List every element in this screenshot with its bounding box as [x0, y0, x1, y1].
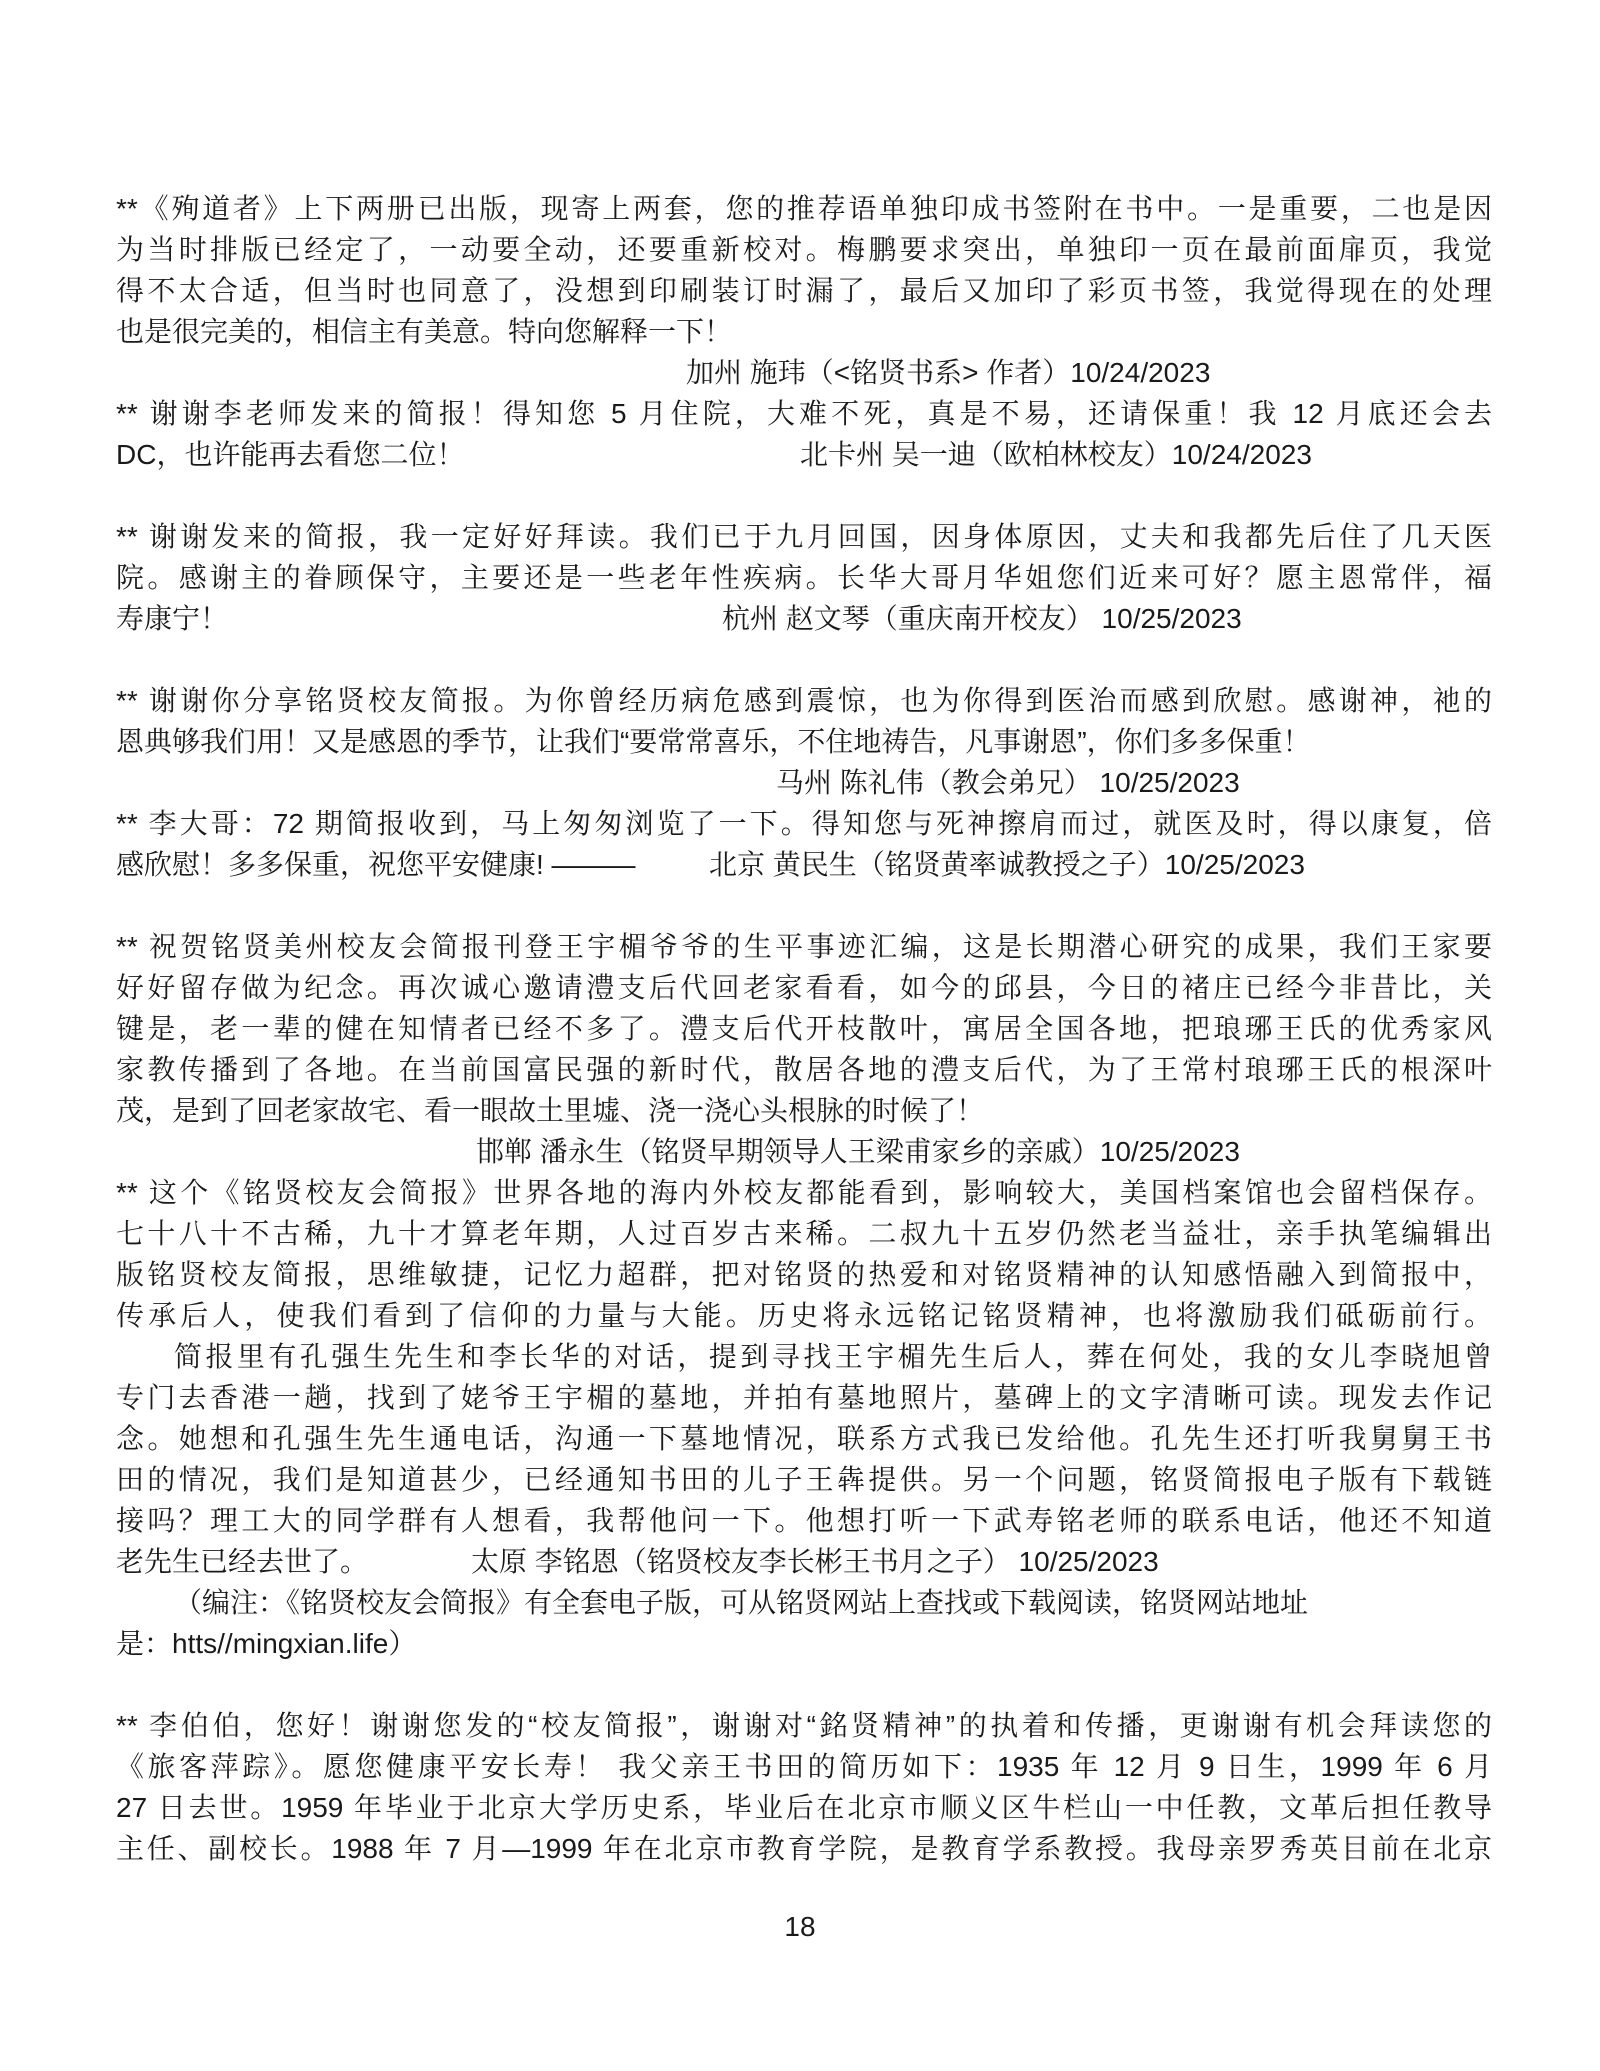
- text-line: 茂，是到了回老家故宅、看一眼故土里墟、浇一浇心头根脉的时候了！: [116, 1090, 1492, 1131]
- signature: 杭州 赵文琴（重庆南开校友） 10/25/2023: [722, 598, 1242, 639]
- blank-line: [116, 1664, 1492, 1705]
- text-line: 七十八十不古稀，九十才算老年期，人过百岁古来稀。二叔九十五岁仍然老当益壮，亲手执…: [116, 1213, 1492, 1254]
- page-number: 18: [0, 1906, 1600, 1947]
- signature: 北京 黄民生（铭贤黄率诚教授之子）10/25/2023: [709, 844, 1305, 885]
- text-line: 老先生已经去世了。 太原 李铭恩（铭贤校友李长彬王书月之子） 10/25/202…: [116, 1541, 1492, 1582]
- text-line: DC，也许能再去看您二位！ 北卡州 吴一迪（欧柏林校友）10/24/2023: [116, 434, 1492, 475]
- text-line: 简报里有孔强生先生和李长华的对话，提到寻找王宇楣先生后人，葬在何处，我的女儿李晓…: [116, 1336, 1492, 1377]
- signature-line: 邯郸 潘永生（铭贤早期领导人王梁甫家乡的亲戚）10/25/2023: [116, 1131, 1492, 1172]
- text-line: 也是很完美的，相信主有美意。特向您解释一下！: [116, 311, 1492, 352]
- text-line: 念。她想和孔强生先生通电话，沟通一下墓地情况，联系方式我已发给他。孔先生还打听我…: [116, 1418, 1492, 1459]
- text-line: 田的情况，我们是知道甚少，已经通知书田的儿子王犇提供。另一个问题，铭贤简报电子版…: [116, 1459, 1492, 1500]
- text-line: 传承后人，使我们看到了信仰的力量与大能。历史将永远铭记铭贤精神，也将激励我们砥砺…: [116, 1295, 1492, 1336]
- text-line: 院。感谢主的眷顾保守，主要还是一些老年性疾病。长华大哥月华姐您们近来可好？愿主恩…: [116, 557, 1492, 598]
- text-line: 27 日去世。1959 年毕业于北京大学历史系，毕业后在北京市顺义区牛栏山一中任…: [116, 1787, 1492, 1828]
- text-line: 寿康宁！ 杭州 赵文琴（重庆南开校友） 10/25/2023: [116, 598, 1492, 639]
- text-line: ** 李伯伯，您好！谢谢您发的“校友简报”，谢谢对“銘贤精神”的执着和传播，更谢…: [116, 1705, 1492, 1746]
- text-line: 键是，老一辈的健在知情者已经不多了。澧支后代开枝散叶，寓居全国各地，把琅琊王氏的…: [116, 1008, 1492, 1049]
- text-line: ** 祝贺铭贤美州校友会简报刊登王宇楣爷爷的生平事迹汇编，这是长期潜心研究的成果…: [116, 926, 1492, 967]
- text-line: 接吗？理工大的同学群有人想看，我帮他问一下。他想打听一下武寿铭老师的联系电话，他…: [116, 1500, 1492, 1541]
- text-line: 感欣慰！多多保重，祝您平安健康! ——— 北京 黄民生（铭贤黄率诚教授之子）10…: [116, 844, 1492, 885]
- text-line: ** 谢谢李老师发来的简报！得知您 5 月住院，大难不死，真是不易，还请保重！我…: [116, 393, 1492, 434]
- text-line: ** 谢谢你分享铭贤校友简报。为你曾经历病危感到震惊，也为你得到医治而感到欣慰。…: [116, 680, 1492, 721]
- text-line: 家教传播到了各地。在当前国富民强的新时代，散居各地的澧支后代，为了王常村琅琊王氏…: [116, 1049, 1492, 1090]
- text-line: 专门去香港一趟，找到了姥爷王宇楣的墓地，并拍有墓地照片，墓碑上的文字清晰可读。现…: [116, 1377, 1492, 1418]
- text-line: 版铭贤校友简报，思维敏捷，记忆力超群，把对铭贤的热爱和对铭贤精神的认知感悟融入到…: [116, 1254, 1492, 1295]
- text-line: 得不太合适，但当时也同意了，没想到印刷装订时漏了，最后又加印了彩页书签，我觉得现…: [116, 270, 1492, 311]
- text-line: 《旅客萍踪》。愿您健康平安长寿！ 我父亲王书田的简历如下：1935 年 12 月…: [116, 1746, 1492, 1787]
- editor-note-line: 是：htts//mingxian.life）: [116, 1623, 1492, 1664]
- signature: 太原 李铭恩（铭贤校友李长彬王书月之子） 10/25/2023: [471, 1541, 1159, 1582]
- blank-line: [116, 885, 1492, 926]
- text-line: 恩典够我们用！又是感恩的季节，让我们“要常常喜乐，不住地祷告，凡事谢恩”，你们多…: [116, 721, 1492, 762]
- text-line: ** 谢谢发来的简报，我一定好好拜读。我们已于九月回国，因身体原因，丈夫和我都先…: [116, 516, 1492, 557]
- editor-note-line: （编注：《铭贤校友会简报》有全套电子版，可从铭贤网站上查找或下载阅读，铭贤网站地…: [116, 1582, 1492, 1623]
- text-line: ** 这个《铭贤校友会简报》世界各地的海内外校友都能看到，影响较大，美国档案馆也…: [116, 1172, 1492, 1213]
- text-segment: 寿康宁！: [116, 603, 228, 634]
- letters-feedback-text: **《殉道者》上下两册已出版，现寄上两套，您的推荐语单独印成书签附在书中。一是重…: [116, 188, 1492, 1869]
- text-line: 为当时排版已经定了，一动要全动，还要重新校对。梅鹏要求突出，单独印一页在最前面扉…: [116, 229, 1492, 270]
- text-line: ** 李大哥：72 期简报收到，马上匆匆浏览了一下。得知您与死神擦肩而过，就医及…: [116, 803, 1492, 844]
- signature-line: 加州 施玮（<铭贤书系> 作者）10/24/2023: [116, 352, 1492, 393]
- text-line: **《殉道者》上下两册已出版，现寄上两套，您的推荐语单独印成书签附在书中。一是重…: [116, 188, 1492, 229]
- signature-line: 马州 陈礼伟（教会弟兄） 10/25/2023: [116, 762, 1492, 803]
- text-segment: 老先生已经去世了。: [116, 1546, 368, 1577]
- text-line: 主任、副校长。1988 年 7 月—1999 年在北京市教育学院，是教育学系教授…: [116, 1828, 1492, 1869]
- signature: 北卡州 吴一迪（欧柏林校友）10/24/2023: [800, 434, 1312, 475]
- text-line: 好好留存做为纪念。再次诚心邀请澧支后代回老家看看，如今的邱县，今日的褚庄已经今非…: [116, 967, 1492, 1008]
- text-segment: 感欣慰！多多保重，祝您平安健康! ———: [116, 849, 636, 880]
- blank-line: [116, 639, 1492, 680]
- document-page: **《殉道者》上下两册已出版，现寄上两套，您的推荐语单独印成书签附在书中。一是重…: [0, 0, 1600, 2071]
- blank-line: [116, 475, 1492, 516]
- text-segment: DC，也许能再去看您二位！: [116, 439, 464, 470]
